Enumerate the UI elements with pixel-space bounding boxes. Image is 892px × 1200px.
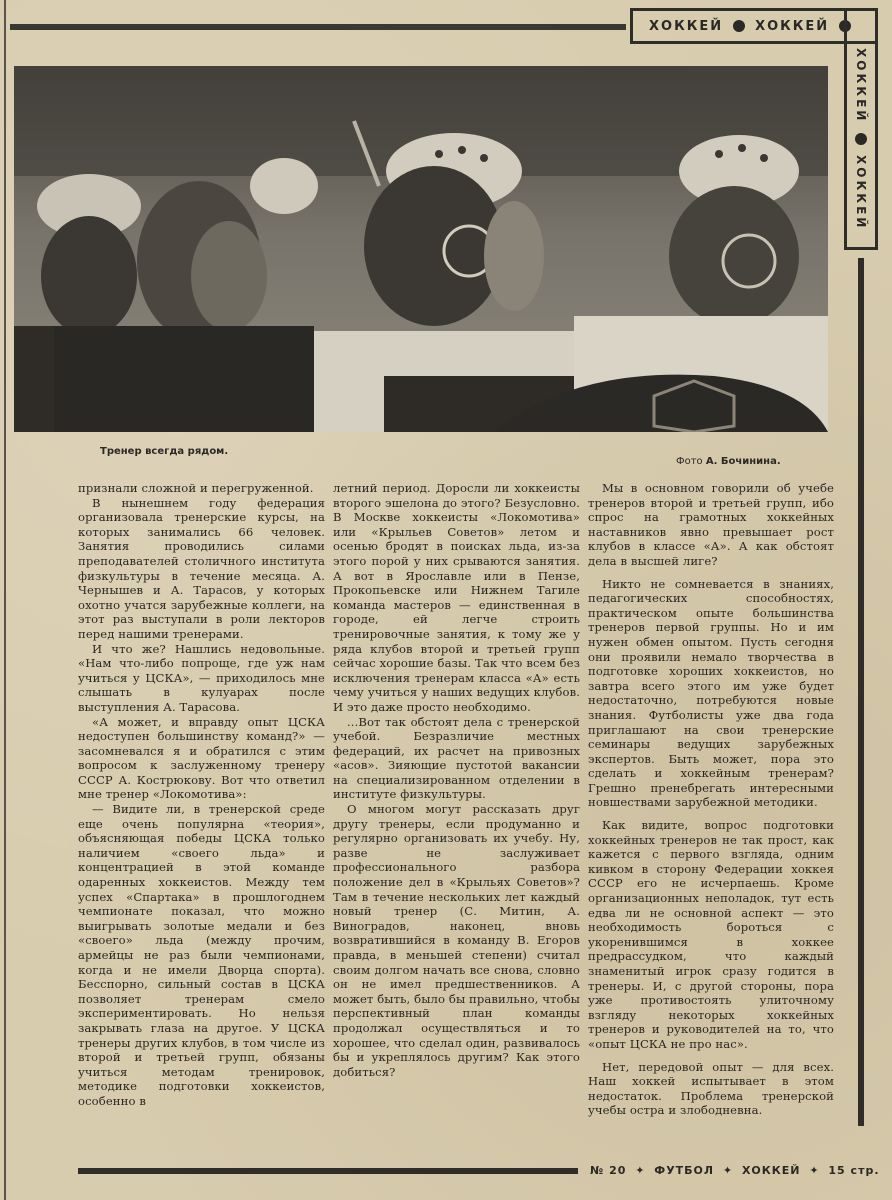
section-header-vertical: ХОККЕЙ ХОККЕЙ xyxy=(844,8,878,250)
paragraph: О многом могут рассказать друг другу тре… xyxy=(333,802,580,1079)
paragraph: Как видите, вопрос подготовки хоккейных … xyxy=(588,818,834,1052)
credit-prefix: Фото xyxy=(676,456,703,467)
section-word-vertical: ХОККЕЙ xyxy=(854,48,868,123)
article-column-2: летний период. Доросли ли хоккеисты втор… xyxy=(333,481,580,1079)
separator-icon: ✦ xyxy=(723,1164,733,1177)
paragraph: Нет, передовой опыт — для всех. Наш хокк… xyxy=(588,1060,834,1118)
article-column-3: Мы в основном говорили об учебе тренеров… xyxy=(588,481,834,1118)
section-header-horizontal: ХОККЕЙ ХОККЕЙ xyxy=(630,8,878,44)
section-word: ХОККЕЙ xyxy=(755,19,829,34)
right-column-rule xyxy=(858,258,864,1126)
paragraph: — Видите ли, в тренерской среде еще очен… xyxy=(78,802,325,1108)
publication-name: ФУТБОЛ xyxy=(654,1164,714,1177)
bullet-dot-icon xyxy=(733,20,745,32)
separator-icon: ✦ xyxy=(635,1164,645,1177)
bullet-dot-icon xyxy=(855,133,867,145)
photo-caption: Тренер всегда рядом. xyxy=(100,446,228,457)
issue-number: № 20 xyxy=(590,1164,626,1177)
photo-illustration-icon xyxy=(14,66,828,432)
paragraph: признали сложной и перегруженной. xyxy=(78,481,325,496)
paragraph: Никто не сомневается в знаниях, педагоги… xyxy=(588,577,834,811)
paragraph: ...Вот так обстоят дела с тренерской уче… xyxy=(333,715,580,803)
page-footer: № 20 ✦ ФУТБОЛ ✦ ХОККЕЙ ✦ 15 стр. xyxy=(590,1164,880,1177)
top-rule xyxy=(10,24,626,30)
photo-credit: Фото А. Бочинина. xyxy=(676,456,781,467)
bottom-rule xyxy=(78,1168,578,1174)
paragraph: «А может, и вправду опыт ЦСКА недоступен… xyxy=(78,715,325,803)
paragraph: И что же? Нашлись недовольные. «Нам что-… xyxy=(78,642,325,715)
section-word-vertical: ХОККЕЙ xyxy=(854,155,868,230)
section-name: ХОККЕЙ xyxy=(742,1164,801,1177)
page-left-edge xyxy=(4,0,6,1200)
paragraph: Мы в основном говорили об учебе тренеров… xyxy=(588,481,834,569)
page-number: 15 стр. xyxy=(828,1164,879,1177)
hockey-photo xyxy=(14,66,828,432)
article-column-1: признали сложной и перегруженной. В ныне… xyxy=(78,481,325,1109)
separator-icon: ✦ xyxy=(809,1164,819,1177)
section-word: ХОККЕЙ xyxy=(649,19,723,34)
credit-author: А. Бочинина. xyxy=(706,456,781,467)
paragraph: летний период. Доросли ли хоккеисты втор… xyxy=(333,481,580,715)
paragraph: В нынешнем году федерация организовала т… xyxy=(78,496,325,642)
